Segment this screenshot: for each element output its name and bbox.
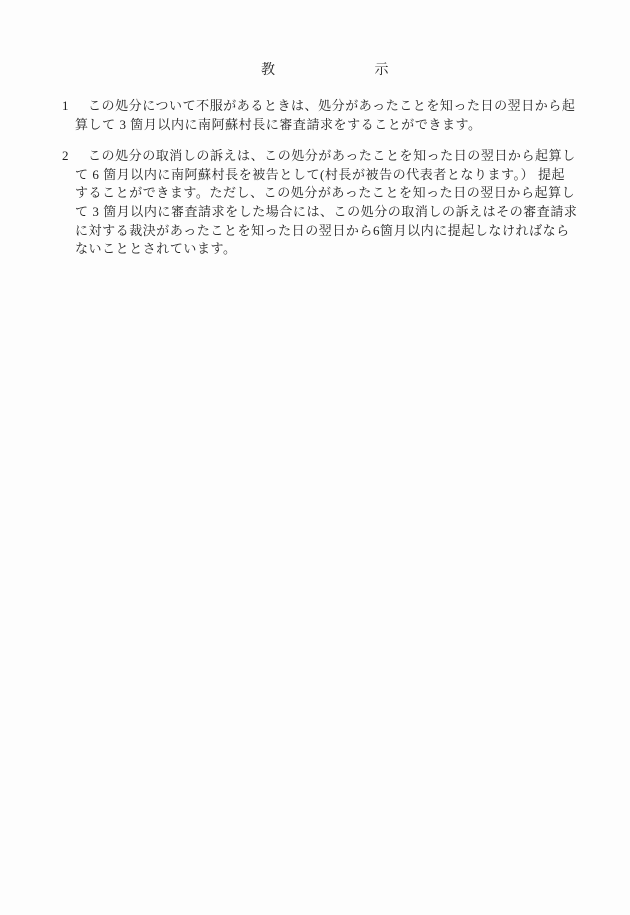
clause-1-line-2: 算して 3 箇月以内に南阿蘇村長に審査請求をすることができます。 xyxy=(62,116,582,135)
clause-2-line-6: ないこととされています。 xyxy=(62,240,582,259)
document-page: 教 示 1この処分について不服があるときは、処分があったことを知った日の翌日から… xyxy=(0,0,630,915)
clause-1-text: この処分について不服があるときは、処分があったことを知った日の翌日から起 xyxy=(88,98,575,113)
clause-2-text: この処分の取消しの訴えは、この処分があったことを知った日の翌日から起算し xyxy=(88,148,576,163)
clause-1-line-1: 1この処分について不服があるときは、処分があったことを知った日の翌日から起 xyxy=(62,97,582,116)
clause-1: 1この処分について不服があるときは、処分があったことを知った日の翌日から起 算し… xyxy=(62,97,582,134)
title-char-right: 示 xyxy=(375,62,390,79)
clause-2: 2この処分の取消しの訴えは、この処分があったことを知った日の翌日から起算し て … xyxy=(62,147,582,259)
clause-2-line-4: て 3 箇月以内に審査請求をした場合には、この処分の取消しの訴えはその審査請求 xyxy=(62,203,582,222)
clause-2-line-3: することができます。ただし、この処分があったことを知った日の翌日から起算し xyxy=(62,184,582,203)
clause-2-line-5: に対する裁決があったことを知った日の翌日から6箇月以内に提起しなければなら xyxy=(62,222,582,241)
clause-2-number: 2 xyxy=(62,147,88,166)
title-char-left: 教 xyxy=(261,62,276,79)
clause-2-line-2: て 6 箇月以内に南阿蘇村長を被告として(村長が被告の代表者となります。） 提起 xyxy=(62,166,582,185)
document-title: 教 示 xyxy=(0,62,630,79)
clause-2-line-1: 2この処分の取消しの訴えは、この処分があったことを知った日の翌日から起算し xyxy=(62,147,582,166)
clause-1-number: 1 xyxy=(62,97,88,116)
